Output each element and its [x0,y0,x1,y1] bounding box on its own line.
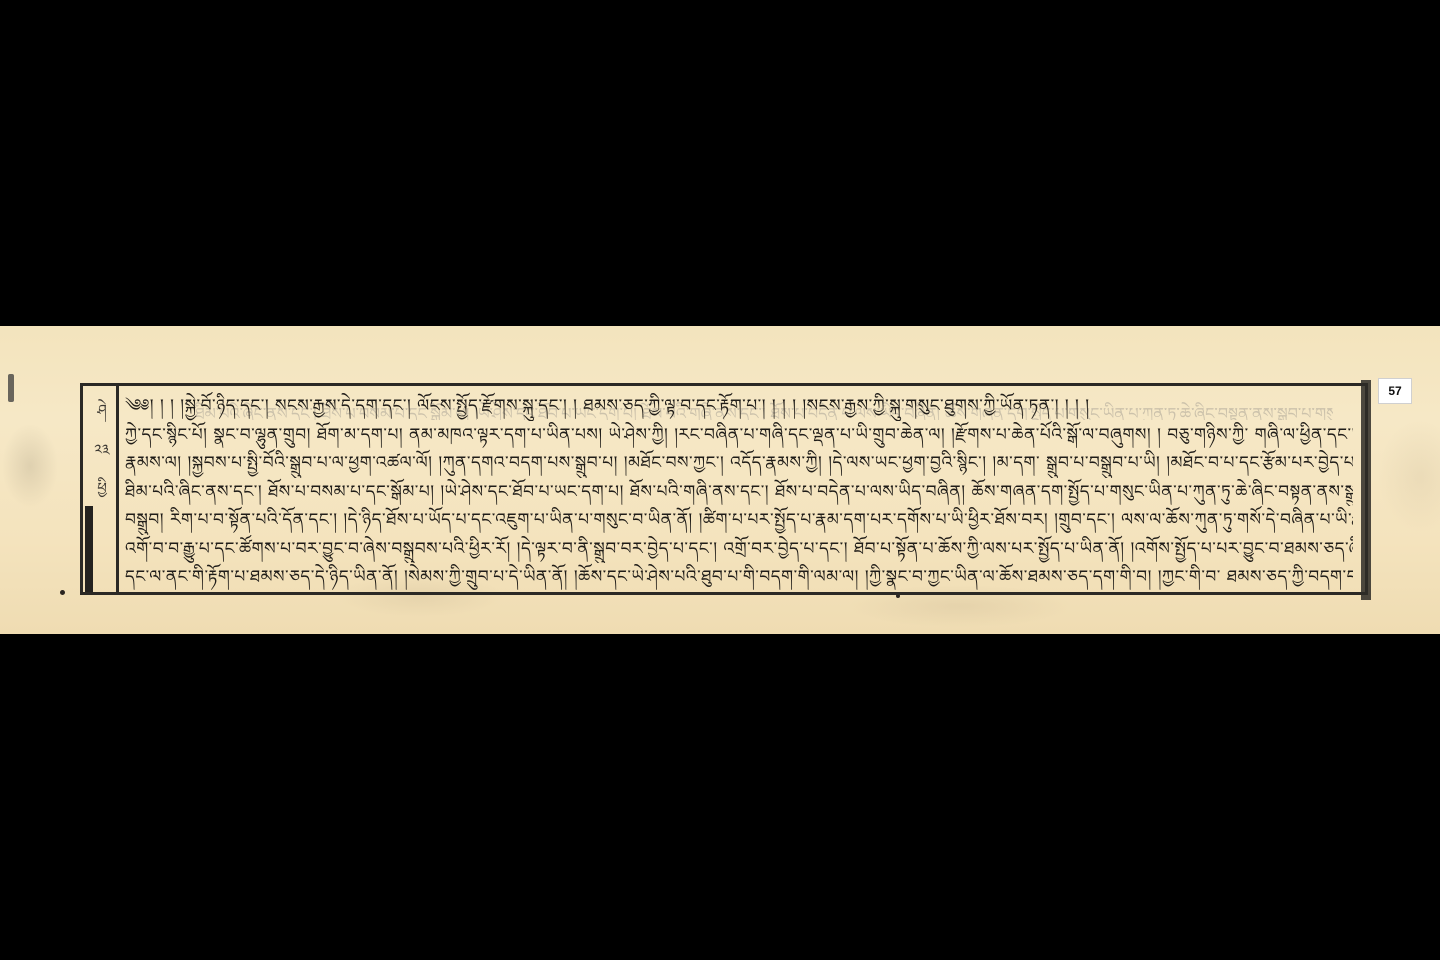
margin-ink-line [85,506,93,592]
edge-stain [8,374,14,402]
frame-right-border [1361,380,1371,600]
ink-spot [60,590,65,595]
margin-mark-1: ཤེ [89,394,115,436]
margin-mark-folio-number: ༢༣ [89,434,115,476]
manuscript-line-3: རྣམས་ལ། །སྐྱབས་པ་སྤྱི་བོའི་སྒྲུབ་པ་ལ་ཕྱག… [125,449,1353,478]
manuscript-line-2: ཀྱེ་དང་སྙིང་པོ། སྣང་བ་ལྷུན་གྲུབ། ཐོག་མ་ད… [125,421,1353,450]
left-margin-column: ཤེ ༢༣ ཕྱི [83,386,119,592]
manuscript-folio: ཤེ ༢༣ ཕྱི ཐིམ་པའི་ཞིང་ནས་དང་། ཐོས་པ་བསམ་… [0,326,1440,634]
page-number-tag: 57 [1378,378,1412,404]
manuscript-text-body: ཐིམ་པའི་ཞིང་ནས་དང་། ཐོས་པ་བསམ་པ་དང་སྒོམ་… [125,392,1353,588]
manuscript-line-5: བསྒྲུབ། རིག་པ་བ་སྟོན་པའི་དོན་དང་། །དེ་ཉི… [125,506,1353,535]
manuscript-line-1: ༄༅། ། ། །སྐྱེ་བོ་ཉིད་དང་། སངས་རྒྱས་དེ་དག… [125,392,1353,421]
manuscript-line-6: འགོ་བ་བ་རྒྱུ་པ་དང་ཚོགས་པ་བར་བྱུང་བ་ཞེས་བ… [125,535,1353,564]
manuscript-line-4: ཐིམ་པའི་ཞིང་ནས་དང་། ཐོས་པ་བསམ་པ་དང་སྒོམ་… [125,478,1353,507]
manuscript-line-7: དང་ལ་ནང་གི་རྟོག་པ་ཐམས་ཅད་དེ་ཉིད་ཡིན་ནོ། … [125,563,1353,592]
text-frame: ཤེ ༢༣ ཕྱི ཐིམ་པའི་ཞིང་ནས་དང་། ཐོས་པ་བསམ་… [80,383,1368,595]
